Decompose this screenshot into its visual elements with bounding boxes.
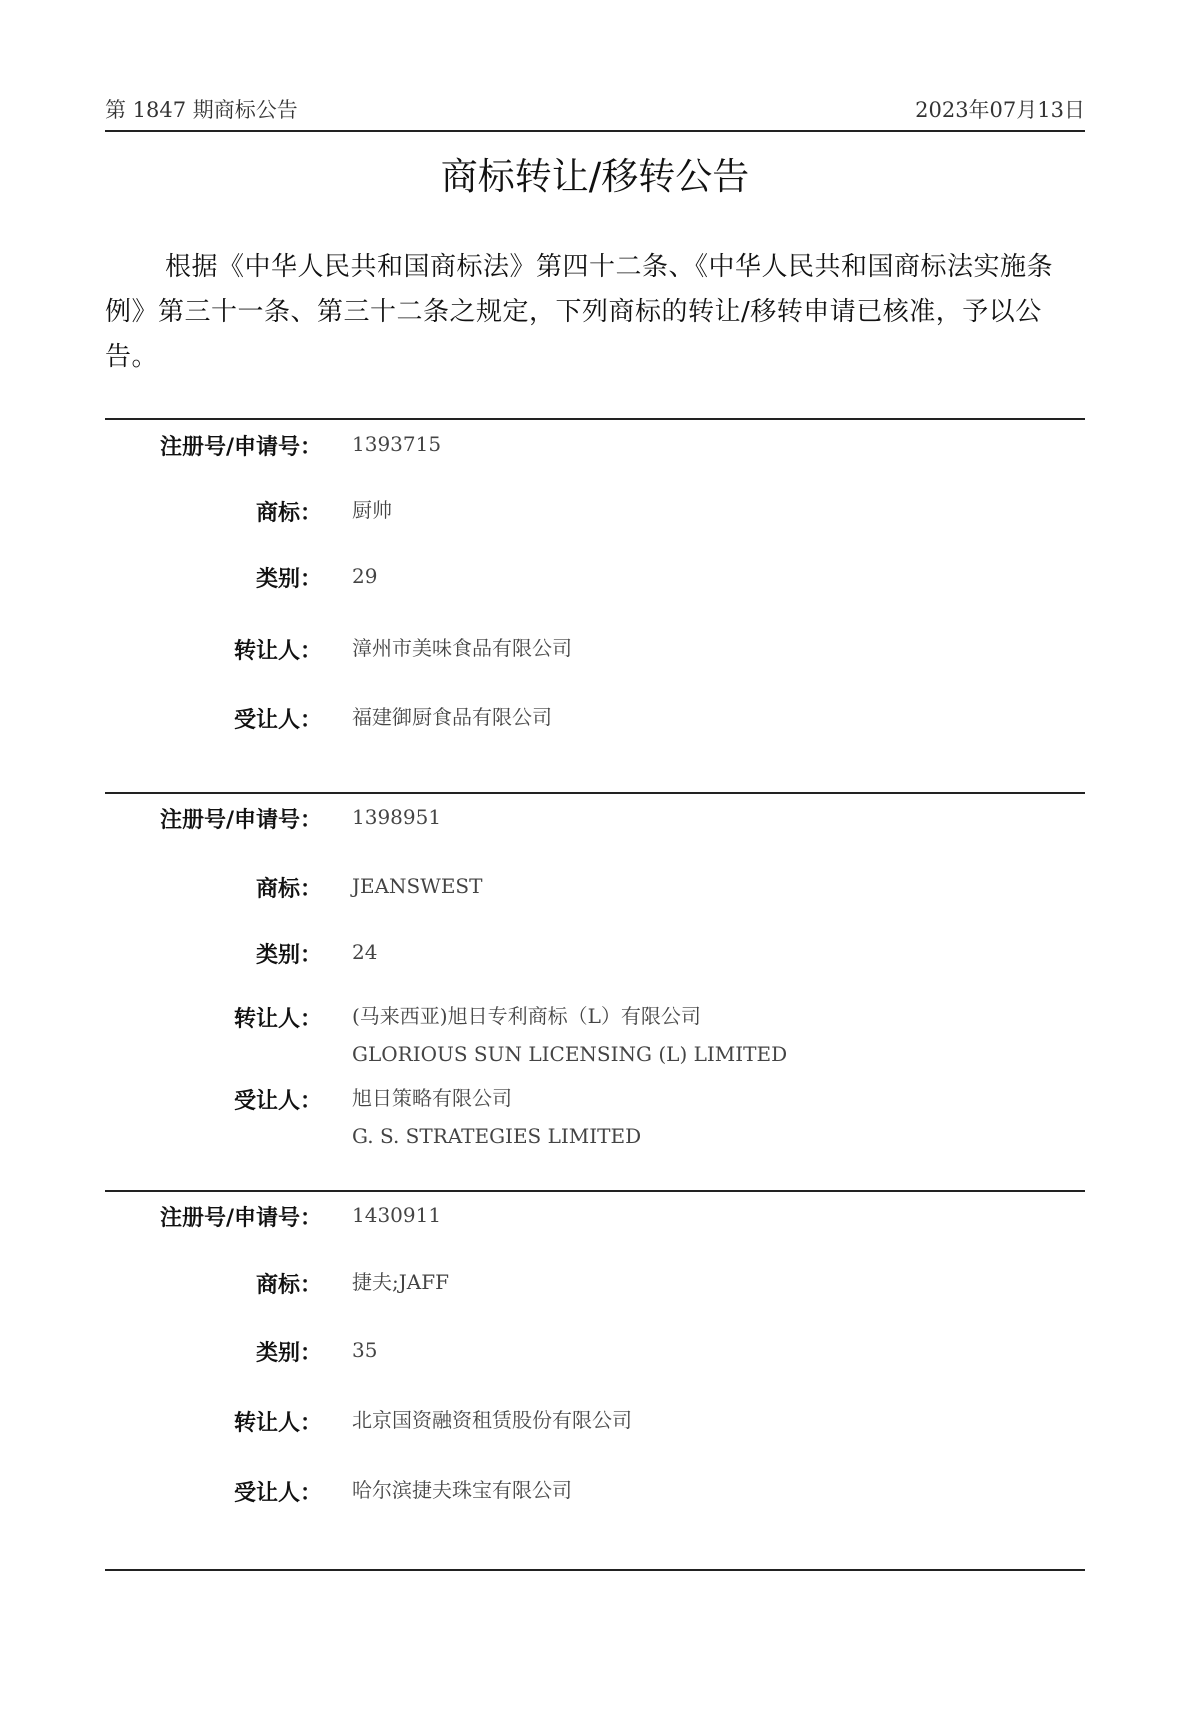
transferee-value-cn: 旭日策略有限公司	[352, 1080, 512, 1116]
reg-no-value: 1393715	[352, 426, 441, 462]
issue-number: 第 1847 期商标公告	[105, 94, 298, 124]
transferee-label: 受让人：	[234, 1084, 322, 1115]
reg-no-label: 注册号/申请号：	[160, 803, 322, 834]
class-label: 类别：	[256, 938, 322, 969]
mark-label: 商标：	[256, 872, 322, 903]
class-value: 24	[352, 934, 377, 970]
transferee-label: 受让人：	[234, 703, 322, 734]
page-header: 第 1847 期商标公告 2023年07月13日	[105, 92, 1085, 132]
class-value: 35	[352, 1332, 377, 1368]
transferor-label: 转让人：	[234, 1002, 322, 1033]
mark-value: JEANSWEST	[352, 868, 482, 904]
mark-value: 厨帅	[352, 492, 392, 528]
mark-value: 捷夫;JAFF	[352, 1264, 449, 1300]
transferee-value: 哈尔滨捷夫珠宝有限公司	[352, 1472, 572, 1508]
class-value: 29	[352, 558, 377, 594]
class-label: 类别：	[256, 1336, 322, 1367]
transferor-value: 漳州市美味食品有限公司	[352, 630, 572, 666]
publication-date: 2023年07月13日	[915, 94, 1085, 124]
class-label: 类别：	[256, 562, 322, 593]
page-title: 商标转让/移转公告	[0, 146, 1190, 200]
intro-paragraph: 根据《中华人民共和国商标法》第四十二条、《中华人民共和国商标法实施条例》第三十一…	[105, 245, 1085, 380]
transferee-value-en: G. S. STRATEGIES LIMITED	[352, 1118, 641, 1154]
reg-no-value: 1430911	[352, 1197, 441, 1233]
reg-no-label: 注册号/申请号：	[160, 430, 322, 461]
transferor-label: 转让人：	[234, 634, 322, 665]
transferee-value: 福建御厨食品有限公司	[352, 699, 552, 735]
mark-label: 商标：	[256, 1268, 322, 1299]
transferor-label: 转让人：	[234, 1406, 322, 1437]
bottom-divider	[105, 1569, 1085, 1571]
reg-no-label: 注册号/申请号：	[160, 1201, 322, 1232]
record-divider	[105, 1190, 1085, 1192]
record-divider	[105, 792, 1085, 794]
transferor-value-en: GLORIOUS SUN LICENSING (L) LIMITED	[352, 1036, 787, 1072]
mark-label: 商标：	[256, 496, 322, 527]
record-divider	[105, 418, 1085, 420]
transferor-value-cn: (马来西亚)旭日专利商标（L）有限公司	[352, 998, 701, 1034]
reg-no-value: 1398951	[352, 799, 441, 835]
transferor-value: 北京国资融资租赁股份有限公司	[352, 1402, 632, 1438]
transferee-label: 受让人：	[234, 1476, 322, 1507]
